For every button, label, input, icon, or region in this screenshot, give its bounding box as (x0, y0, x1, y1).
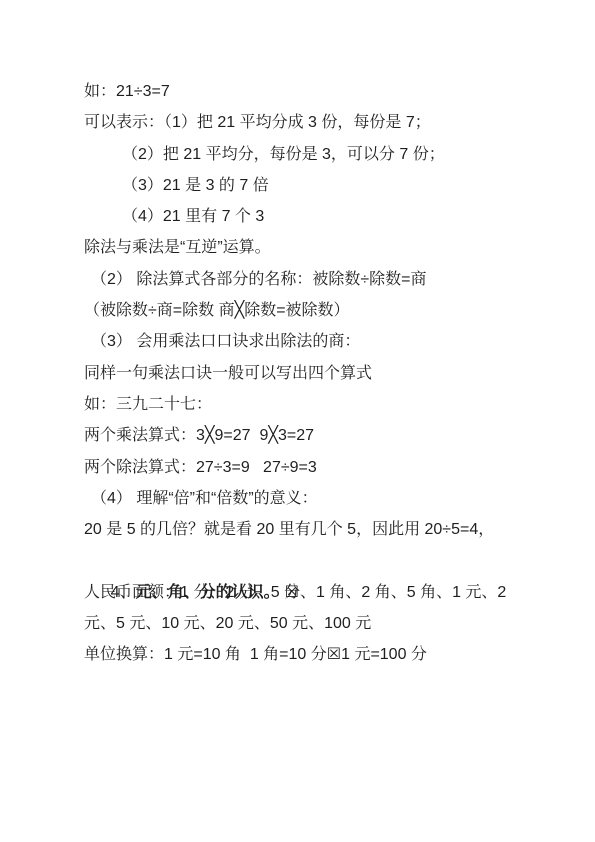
text-line-example-division: 如：21÷3=7 (84, 76, 584, 107)
text-line-use-multiplication-table: （3） 会用乘法口口诀求出除法的商： (84, 326, 584, 357)
text-line-two-multiplications: 两个乘法算式：3╳9=27 9╳3=27 (84, 420, 584, 451)
text-line-two-divisions: 两个除法算式：27÷3=9 27÷9=3 (84, 452, 584, 483)
text-line-meaning-4: （4）21 里有 7 个 3 (84, 201, 584, 232)
text-line-division-parts: （2） 除法算式各部分的名称：被除数÷除数=商 (84, 264, 584, 295)
text-line-four-equations-note: 同样一句乘法口诀一般可以写出四个算式 (84, 358, 584, 389)
text-line-inverse-note: 除法与乘法是“互逆”运算。 (84, 232, 584, 263)
text-line-understand-times: （4） 理解“倍”和“倍数”的意义： (84, 483, 584, 514)
text-line-meaning-2: （2）把 21 平均分，每份是 3，可以分 7 份； (84, 139, 584, 170)
text-line-meaning-3: （3）21 是 3 的 7 倍 (84, 170, 584, 201)
text-line-division-relations: （被除数÷商=除数 商╳除数=被除数） (84, 295, 584, 326)
text-line-unit-conversion: 单位换算：1 元=10 角 1 角=10 分☒1 元=100 分 (84, 639, 584, 670)
text-line-times-example: 20 是 5 的几倍？就是看 20 里有几个 5，因此用 20÷5=4， (84, 514, 584, 545)
section-heading-money: 4、元、角、分的认识。☒ (84, 545, 584, 576)
document-text-block: 如：21÷3=7 可以表示：（1）把 21 平均分成 3 份，每份是 7； （2… (84, 76, 584, 671)
text-line-rmb-denominations-2: 元、5 元、10 元、20 元、50 元、100 元 (84, 608, 584, 639)
text-line-meanings-intro: 可以表示：（1）把 21 平均分成 3 份，每份是 7； (84, 107, 584, 138)
document-page: 如：21÷3=7 可以表示：（1）把 21 平均分成 3 份，每份是 7； （2… (0, 0, 595, 842)
text-line-example-rhyme: 如：三九二十七： (84, 389, 584, 420)
text-line-rmb-denominations-1: 人民币面额：1 分、2 分、5 分、1 角、2 角、5 角、1 元、2 (84, 577, 584, 608)
